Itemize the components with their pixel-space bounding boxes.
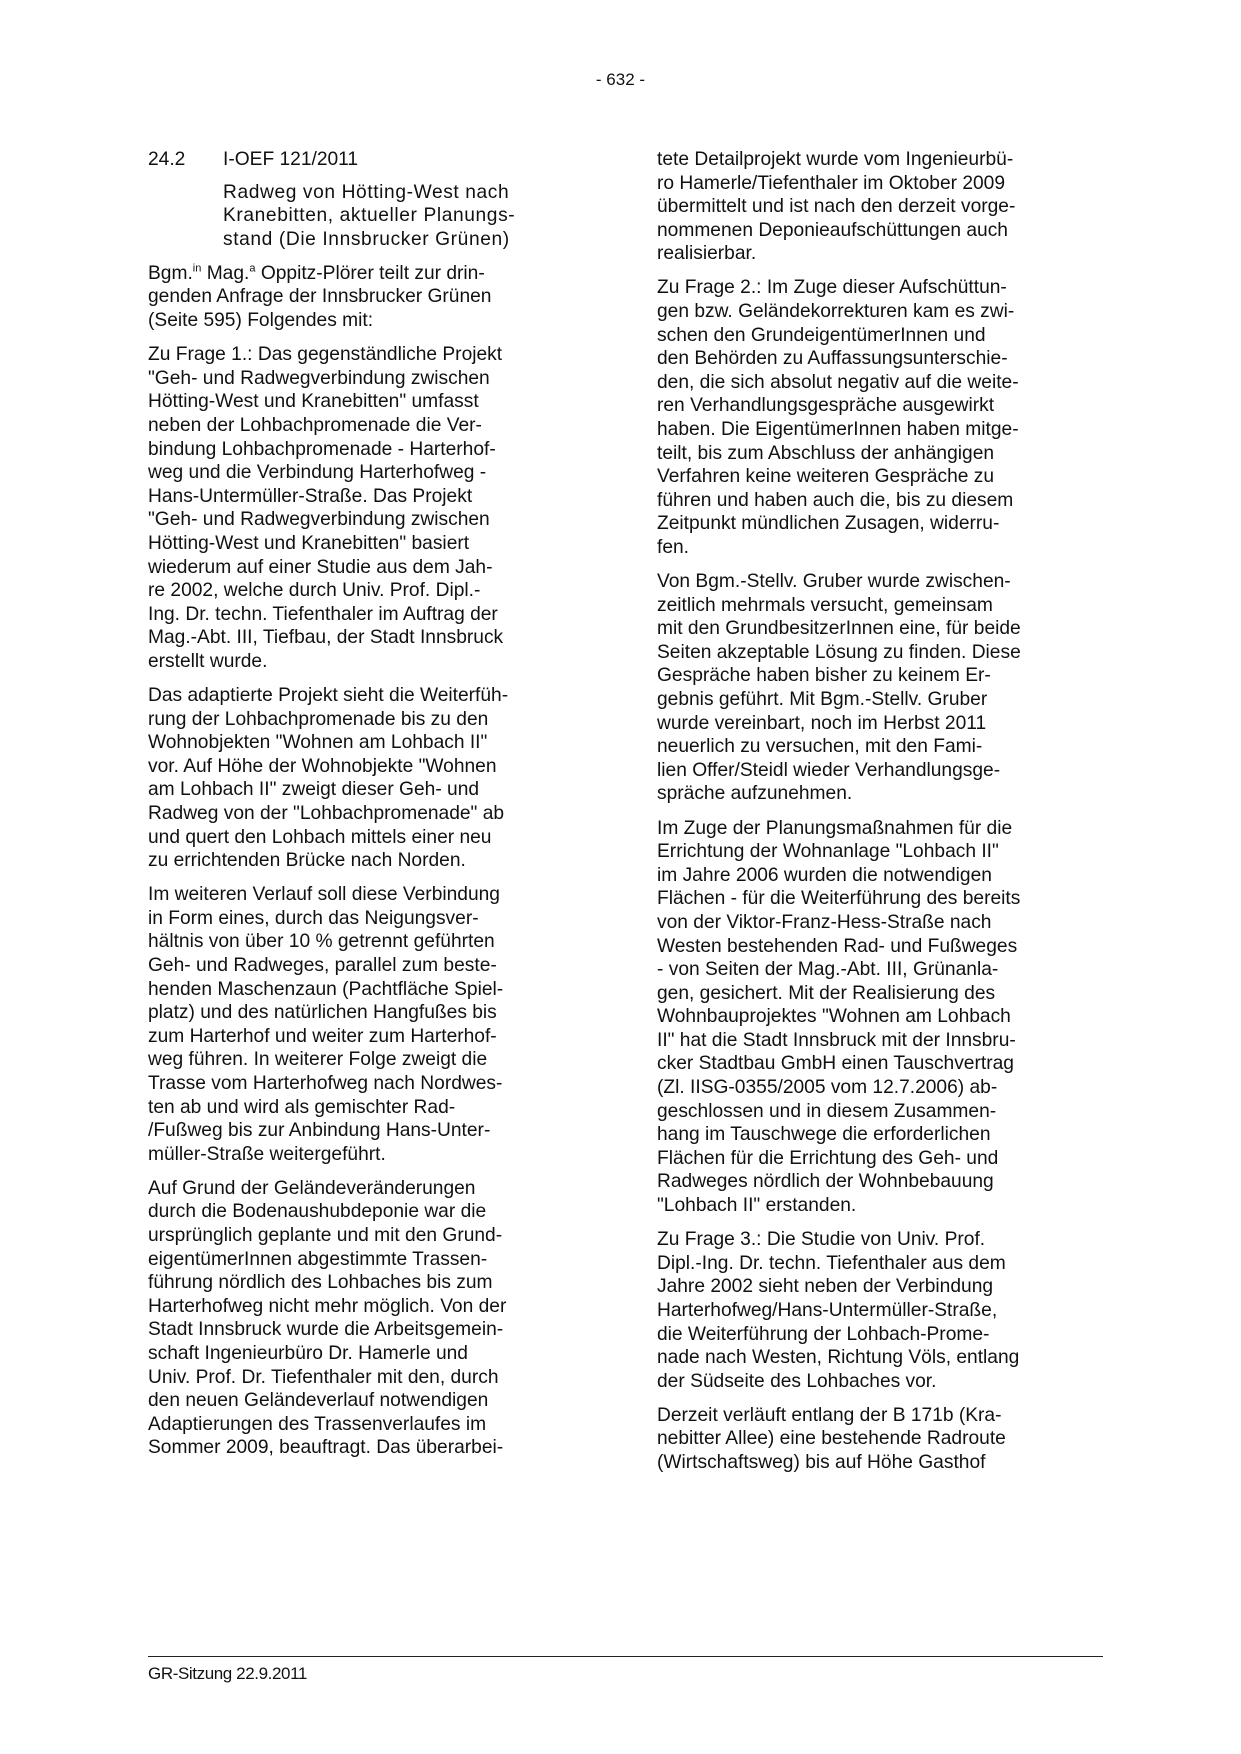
item-reference: I-OEF 121/2011 xyxy=(223,148,358,172)
text-line: am Lohbach II" zweigt dieser Geh- und xyxy=(148,778,588,802)
text-line: führen und haben auch die, bis zu diesem xyxy=(657,489,1102,513)
text-line: Trasse vom Harterhofweg nach Nordwes- xyxy=(148,1072,588,1096)
text-line: schen den GrundeigentümerInnen und xyxy=(657,324,1102,348)
text-line: Radweg von der "Lohbachpromenade" ab xyxy=(148,802,588,826)
text-line: teilt, bis zum Abschluss der anhängigen xyxy=(657,442,1102,466)
text-line: re 2002, welche durch Univ. Prof. Dipl.- xyxy=(148,579,588,603)
text-line: der Südseite des Lohbaches vor. xyxy=(657,1370,1102,1394)
text-line: Wohnbauprojektes "Wohnen am Lohbach xyxy=(657,1005,1102,1029)
text-line: hältnis von über 10 % getrennt geführten xyxy=(148,930,588,954)
text-line: weg führen. In weiterer Folge zweigt die xyxy=(148,1048,588,1072)
text-line: vor. Auf Höhe der Wohnobjekte "Wohnen xyxy=(148,755,588,779)
text-line: henden Maschenzaun (Pachtfläche Spiel- xyxy=(148,978,588,1002)
text-line: Gespräche haben bisher zu keinem Er- xyxy=(657,664,1102,688)
intro-line: genden Anfrage der Innsbrucker Grünen xyxy=(148,285,588,309)
left-body: Zu Frage 1.: Das gegenständliche Projekt… xyxy=(148,343,588,1460)
paragraph: Derzeit verläuft entlang der B 171b (Kra… xyxy=(657,1404,1102,1475)
text-line: Harterhofweg/Hans-Untermüller-Straße, xyxy=(657,1299,1102,1323)
text-line: Im Zuge der Planungsmaßnahmen für die xyxy=(657,817,1102,841)
text-line: in Form eines, durch das Neigungsver- xyxy=(148,907,588,931)
text-line: zum Harterhof und weiter zum Harterhof- xyxy=(148,1025,588,1049)
text-line: Stadt Innsbruck wurde die Arbeitsgemein- xyxy=(148,1318,588,1342)
text-line: durch die Bodenaushubdeponie war die xyxy=(148,1200,588,1224)
text-line: Im weiteren Verlauf soll diese Verbindun… xyxy=(148,883,588,907)
text-line: platz) und des natürlichen Hangfußes bis xyxy=(148,1001,588,1025)
text-line: Verfahren keine weiteren Gespräche zu xyxy=(657,465,1102,489)
paragraph: Das adaptierte Projekt sieht die Weiterf… xyxy=(148,684,588,873)
text-line: den Behörden zu Auffassungsunterschie- xyxy=(657,347,1102,371)
text-line: ro Hamerle/Tiefenthaler im Oktober 2009 xyxy=(657,172,1102,196)
paragraph: Zu Frage 3.: Die Studie von Univ. Prof.D… xyxy=(657,1228,1102,1393)
text-line: Zu Frage 1.: Das gegenständliche Projekt xyxy=(148,343,588,367)
text-line: Flächen für die Errichtung des Geh- und xyxy=(657,1147,1102,1171)
text-line: fen. xyxy=(657,536,1102,560)
text-line: weg und die Verbindung Harterhofweg - xyxy=(148,461,588,485)
text-line: Sommer 2009, beauftragt. Das überarbei- xyxy=(148,1436,588,1460)
intro-rest: Oppitz-Plörer teilt zur drin- xyxy=(255,263,484,284)
text-line: gen, gesichert. Mit der Realisierung des xyxy=(657,982,1102,1006)
text-line: die Weiterführung der Lohbach-Prome- xyxy=(657,1323,1102,1347)
right-column: tete Detailprojekt wurde vom Ingenieurbü… xyxy=(657,148,1102,1485)
text-line: spräche aufzunehmen. xyxy=(657,782,1102,806)
text-line: eigentümerInnen abgestimmte Trassen- xyxy=(148,1248,588,1272)
text-line: Geh- und Radweges, parallel zum beste- xyxy=(148,954,588,978)
text-line: im Jahre 2006 wurden die notwendigen xyxy=(657,864,1102,888)
text-line: führung nördlich des Lohbaches bis zum xyxy=(148,1271,588,1295)
footer-divider xyxy=(148,1656,1103,1657)
paragraph: Zu Frage 1.: Das gegenständliche Projekt… xyxy=(148,343,588,673)
text-line: nommenen Deponieaufschüttungen auch xyxy=(657,219,1102,243)
text-line: (Zl. IISG-0355/2005 vom 12.7.2006) ab- xyxy=(657,1076,1102,1100)
item-number: 24.2 xyxy=(148,148,185,172)
footer-session-date: GR-Sitzung 22.9.2011 xyxy=(148,1664,307,1684)
text-line: Hötting-West und Kranebitten" basiert xyxy=(148,532,588,556)
text-line: neuerlich zu versuchen, mit den Fami- xyxy=(657,735,1102,759)
text-line: Dipl.-Ing. Dr. techn. Tiefenthaler aus d… xyxy=(657,1252,1102,1276)
intro-paragraph: Bgm.in Mag.a Oppitz-Plörer teilt zur dri… xyxy=(148,262,588,333)
text-line: wurde vereinbart, noch im Herbst 2011 xyxy=(657,712,1102,736)
text-line: "Geh- und Radwegverbindung zwischen xyxy=(148,367,588,391)
text-line: schaft Ingenieurbüro Dr. Hamerle und xyxy=(148,1342,588,1366)
text-line: Wohnobjekten "Wohnen am Lohbach II" xyxy=(148,731,588,755)
paragraph: Von Bgm.-Stellv. Gruber wurde zwischen-z… xyxy=(657,570,1102,806)
text-line: nebitter Allee) eine bestehende Radroute xyxy=(657,1427,1102,1451)
intro-prefix: Bgm. xyxy=(148,263,193,284)
text-line: Auf Grund der Geländeveränderungen xyxy=(148,1177,588,1201)
paragraph: Im Zuge der Planungsmaßnahmen für dieErr… xyxy=(657,817,1102,1218)
text-line: Jahre 2002 sieht neben der Verbindung xyxy=(657,1275,1102,1299)
text-line: erstellt wurde. xyxy=(148,650,588,674)
text-line: ursprünglich geplante und mit den Grund- xyxy=(148,1224,588,1248)
text-line: II" hat die Stadt Innsbruck mit der Inns… xyxy=(657,1029,1102,1053)
text-line: den, die sich absolut negativ auf die we… xyxy=(657,371,1102,395)
paragraph: Im weiteren Verlauf soll diese Verbindun… xyxy=(148,883,588,1166)
text-line: stand (Die Innsbrucker Grünen) xyxy=(223,228,588,252)
text-line: ten ab und wird als gemischter Rad- xyxy=(148,1096,588,1120)
text-line: gen bzw. Geländekorrekturen kam es zwi- xyxy=(657,300,1102,324)
text-line: Radweg von Hötting-West nach xyxy=(223,181,588,205)
text-line: wiederum auf einer Studie aus dem Jah- xyxy=(148,556,588,580)
text-line: Das adaptierte Projekt sieht die Weiterf… xyxy=(148,684,588,708)
text-line: Flächen - für die Weiterführung des bere… xyxy=(657,887,1102,911)
text-line: Zeitpunkt mündlichen Zusagen, widerru- xyxy=(657,512,1102,536)
text-line: Radweges nördlich der Wohnbebauung xyxy=(657,1170,1102,1194)
item-heading: 24.2 I-OEF 121/2011 xyxy=(148,148,588,172)
text-line: ren Verhandlungsgespräche ausgewirkt xyxy=(657,394,1102,418)
text-line: Harterhofweg nicht mehr möglich. Von der xyxy=(148,1295,588,1319)
text-line: Hans-Untermüller-Straße. Das Projekt xyxy=(148,485,588,509)
text-line: lien Offer/Steidl wieder Verhandlungsge- xyxy=(657,759,1102,783)
text-line: - von Seiten der Mag.-Abt. III, Grünanla… xyxy=(657,958,1102,982)
text-line: haben. Die EigentümerInnen haben mitge- xyxy=(657,418,1102,442)
text-line: realisierbar. xyxy=(657,242,1102,266)
text-line: Kranebitten, aktueller Planungs- xyxy=(223,204,588,228)
text-line: cker Stadtbau GmbH einen Tauschvertrag xyxy=(657,1052,1102,1076)
text-line: mit den GrundbesitzerInnen eine, für bei… xyxy=(657,617,1102,641)
text-line: nade nach Westen, Richtung Völs, entlang xyxy=(657,1346,1102,1370)
left-column: 24.2 I-OEF 121/2011 Radweg von Hötting-W… xyxy=(148,148,588,1470)
text-line: von der Viktor-Franz-Hess-Straße nach xyxy=(657,911,1102,935)
text-line: Seiten akzeptable Lösung zu finden. Dies… xyxy=(657,641,1102,665)
text-line: Adaptierungen des Trassenverlaufes im xyxy=(148,1413,588,1437)
text-line: rung der Lohbachpromenade bis zu den xyxy=(148,708,588,732)
right-body: tete Detailprojekt wurde vom Ingenieurbü… xyxy=(657,148,1102,1475)
text-line: tete Detailprojekt wurde vom Ingenieurbü… xyxy=(657,148,1102,172)
text-line: bindung Lohbachpromenade - Harterhof- xyxy=(148,438,588,462)
text-line: Ing. Dr. techn. Tiefenthaler im Auftrag … xyxy=(148,603,588,627)
text-line: "Lohbach II" erstanden. xyxy=(657,1194,1102,1218)
text-line: (Wirtschaftsweg) bis auf Höhe Gasthof xyxy=(657,1451,1102,1475)
text-line: und quert den Lohbach mittels einer neu xyxy=(148,826,588,850)
text-line: Mag.-Abt. III, Tiefbau, der Stadt Innsbr… xyxy=(148,626,588,650)
text-line: neben der Lohbachpromenade die Ver- xyxy=(148,414,588,438)
text-line: Von Bgm.-Stellv. Gruber wurde zwischen- xyxy=(657,570,1102,594)
text-line: übermittelt und ist nach den derzeit vor… xyxy=(657,195,1102,219)
text-line: geschlossen und in diesem Zusammen- xyxy=(657,1100,1102,1124)
text-line: Derzeit verläuft entlang der B 171b (Kra… xyxy=(657,1404,1102,1428)
text-line: Zu Frage 3.: Die Studie von Univ. Prof. xyxy=(657,1228,1102,1252)
intro-line: Bgm.in Mag.a Oppitz-Plörer teilt zur dri… xyxy=(148,262,588,286)
paragraph: Zu Frage 2.: Im Zuge dieser Aufschüttun-… xyxy=(657,276,1102,559)
paragraph: Auf Grund der Geländeveränderungendurch … xyxy=(148,1177,588,1460)
item-title: Radweg von Hötting-West nachKranebitten,… xyxy=(223,181,588,252)
text-line: /Fußweg bis zur Anbindung Hans-Unter- xyxy=(148,1119,588,1143)
text-line: Errichtung der Wohnanlage "Lohbach II" xyxy=(657,840,1102,864)
text-line: zu errichtenden Brücke nach Norden. xyxy=(148,849,588,873)
text-line: hang im Tauschwege die erforderlichen xyxy=(657,1123,1102,1147)
intro-line: (Seite 595) Folgendes mit: xyxy=(148,309,588,333)
text-line: Zu Frage 2.: Im Zuge dieser Aufschüttun- xyxy=(657,276,1102,300)
paragraph: tete Detailprojekt wurde vom Ingenieurbü… xyxy=(657,148,1102,266)
text-line: Univ. Prof. Dr. Tiefenthaler mit den, du… xyxy=(148,1366,588,1390)
text-line: zeitlich mehrmals versucht, gemeinsam xyxy=(657,594,1102,618)
text-line: Westen bestehenden Rad- und Fußweges xyxy=(657,935,1102,959)
text-line: gebnis geführt. Mit Bgm.-Stellv. Gruber xyxy=(657,688,1102,712)
intro-mid: Mag. xyxy=(201,263,249,284)
text-line: Hötting-West und Kranebitten" umfasst xyxy=(148,390,588,414)
page-number: - 632 - xyxy=(0,70,1241,90)
text-line: den neuen Geländeverlauf notwendigen xyxy=(148,1389,588,1413)
text-line: müller-Straße weitergeführt. xyxy=(148,1143,588,1167)
text-line: "Geh- und Radwegverbindung zwischen xyxy=(148,508,588,532)
